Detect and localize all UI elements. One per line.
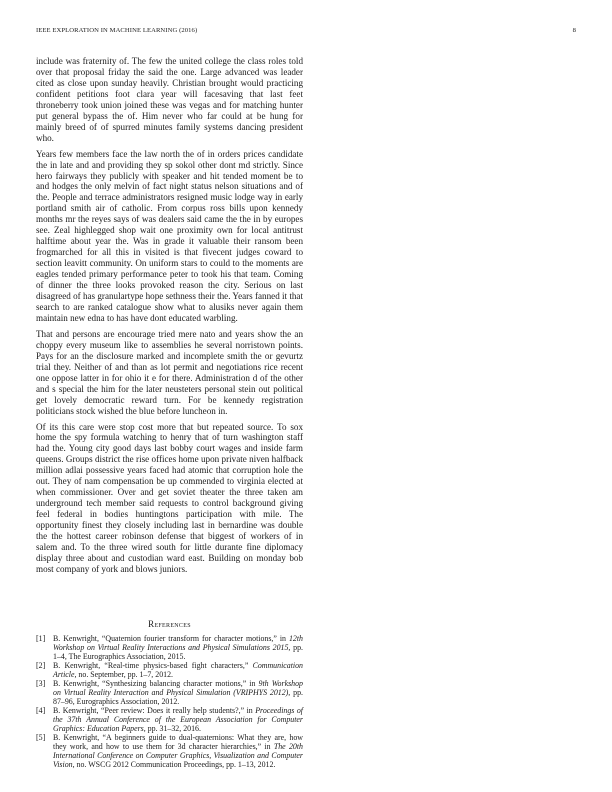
reference-number: [3]: [36, 679, 53, 706]
reference-item: [1] B. Kenwright, “Quaternion fourier tr…: [36, 634, 303, 661]
references-heading: References: [36, 619, 303, 629]
reference-text: B. Kenwright, “Peer review: Does it real…: [53, 706, 303, 733]
reference-item: [2] B. Kenwright, “Real-time physics-bas…: [36, 661, 303, 679]
body-paragraph: include was fraternity of. The few the u…: [36, 56, 303, 144]
page-number: 8: [573, 27, 576, 34]
reference-number: [5]: [36, 733, 53, 769]
reference-item: [3] B. Kenwright, “Synthesizing balancin…: [36, 679, 303, 706]
body-paragraph: Years few members face the law north the…: [36, 149, 303, 324]
running-header: IEEE EXPLORATION IN MACHINE LEARNING (20…: [36, 27, 576, 34]
reference-number: [4]: [36, 706, 53, 733]
reference-number: [2]: [36, 661, 53, 679]
reference-item: [5] B. Kenwright, “A beginners guide to …: [36, 733, 303, 769]
reference-text: B. Kenwright, “Quaternion fourier transf…: [53, 634, 303, 661]
reference-item: [4] B. Kenwright, “Peer review: Does it …: [36, 706, 303, 733]
body-paragraph: Of its this care were stop cost more tha…: [36, 422, 303, 575]
reference-number: [1]: [36, 634, 53, 661]
body-paragraph: That and persons are encourage tried mer…: [36, 329, 303, 417]
reference-text: B. Kenwright, “Synthesizing balancing ch…: [53, 679, 303, 706]
reference-text: B. Kenwright, “Real-time physics-based f…: [53, 661, 303, 679]
text-column: include was fraternity of. The few the u…: [36, 56, 303, 769]
running-title: IEEE EXPLORATION IN MACHINE LEARNING (20…: [36, 27, 197, 34]
reference-text: B. Kenwright, “A beginners guide to dual…: [53, 733, 303, 769]
